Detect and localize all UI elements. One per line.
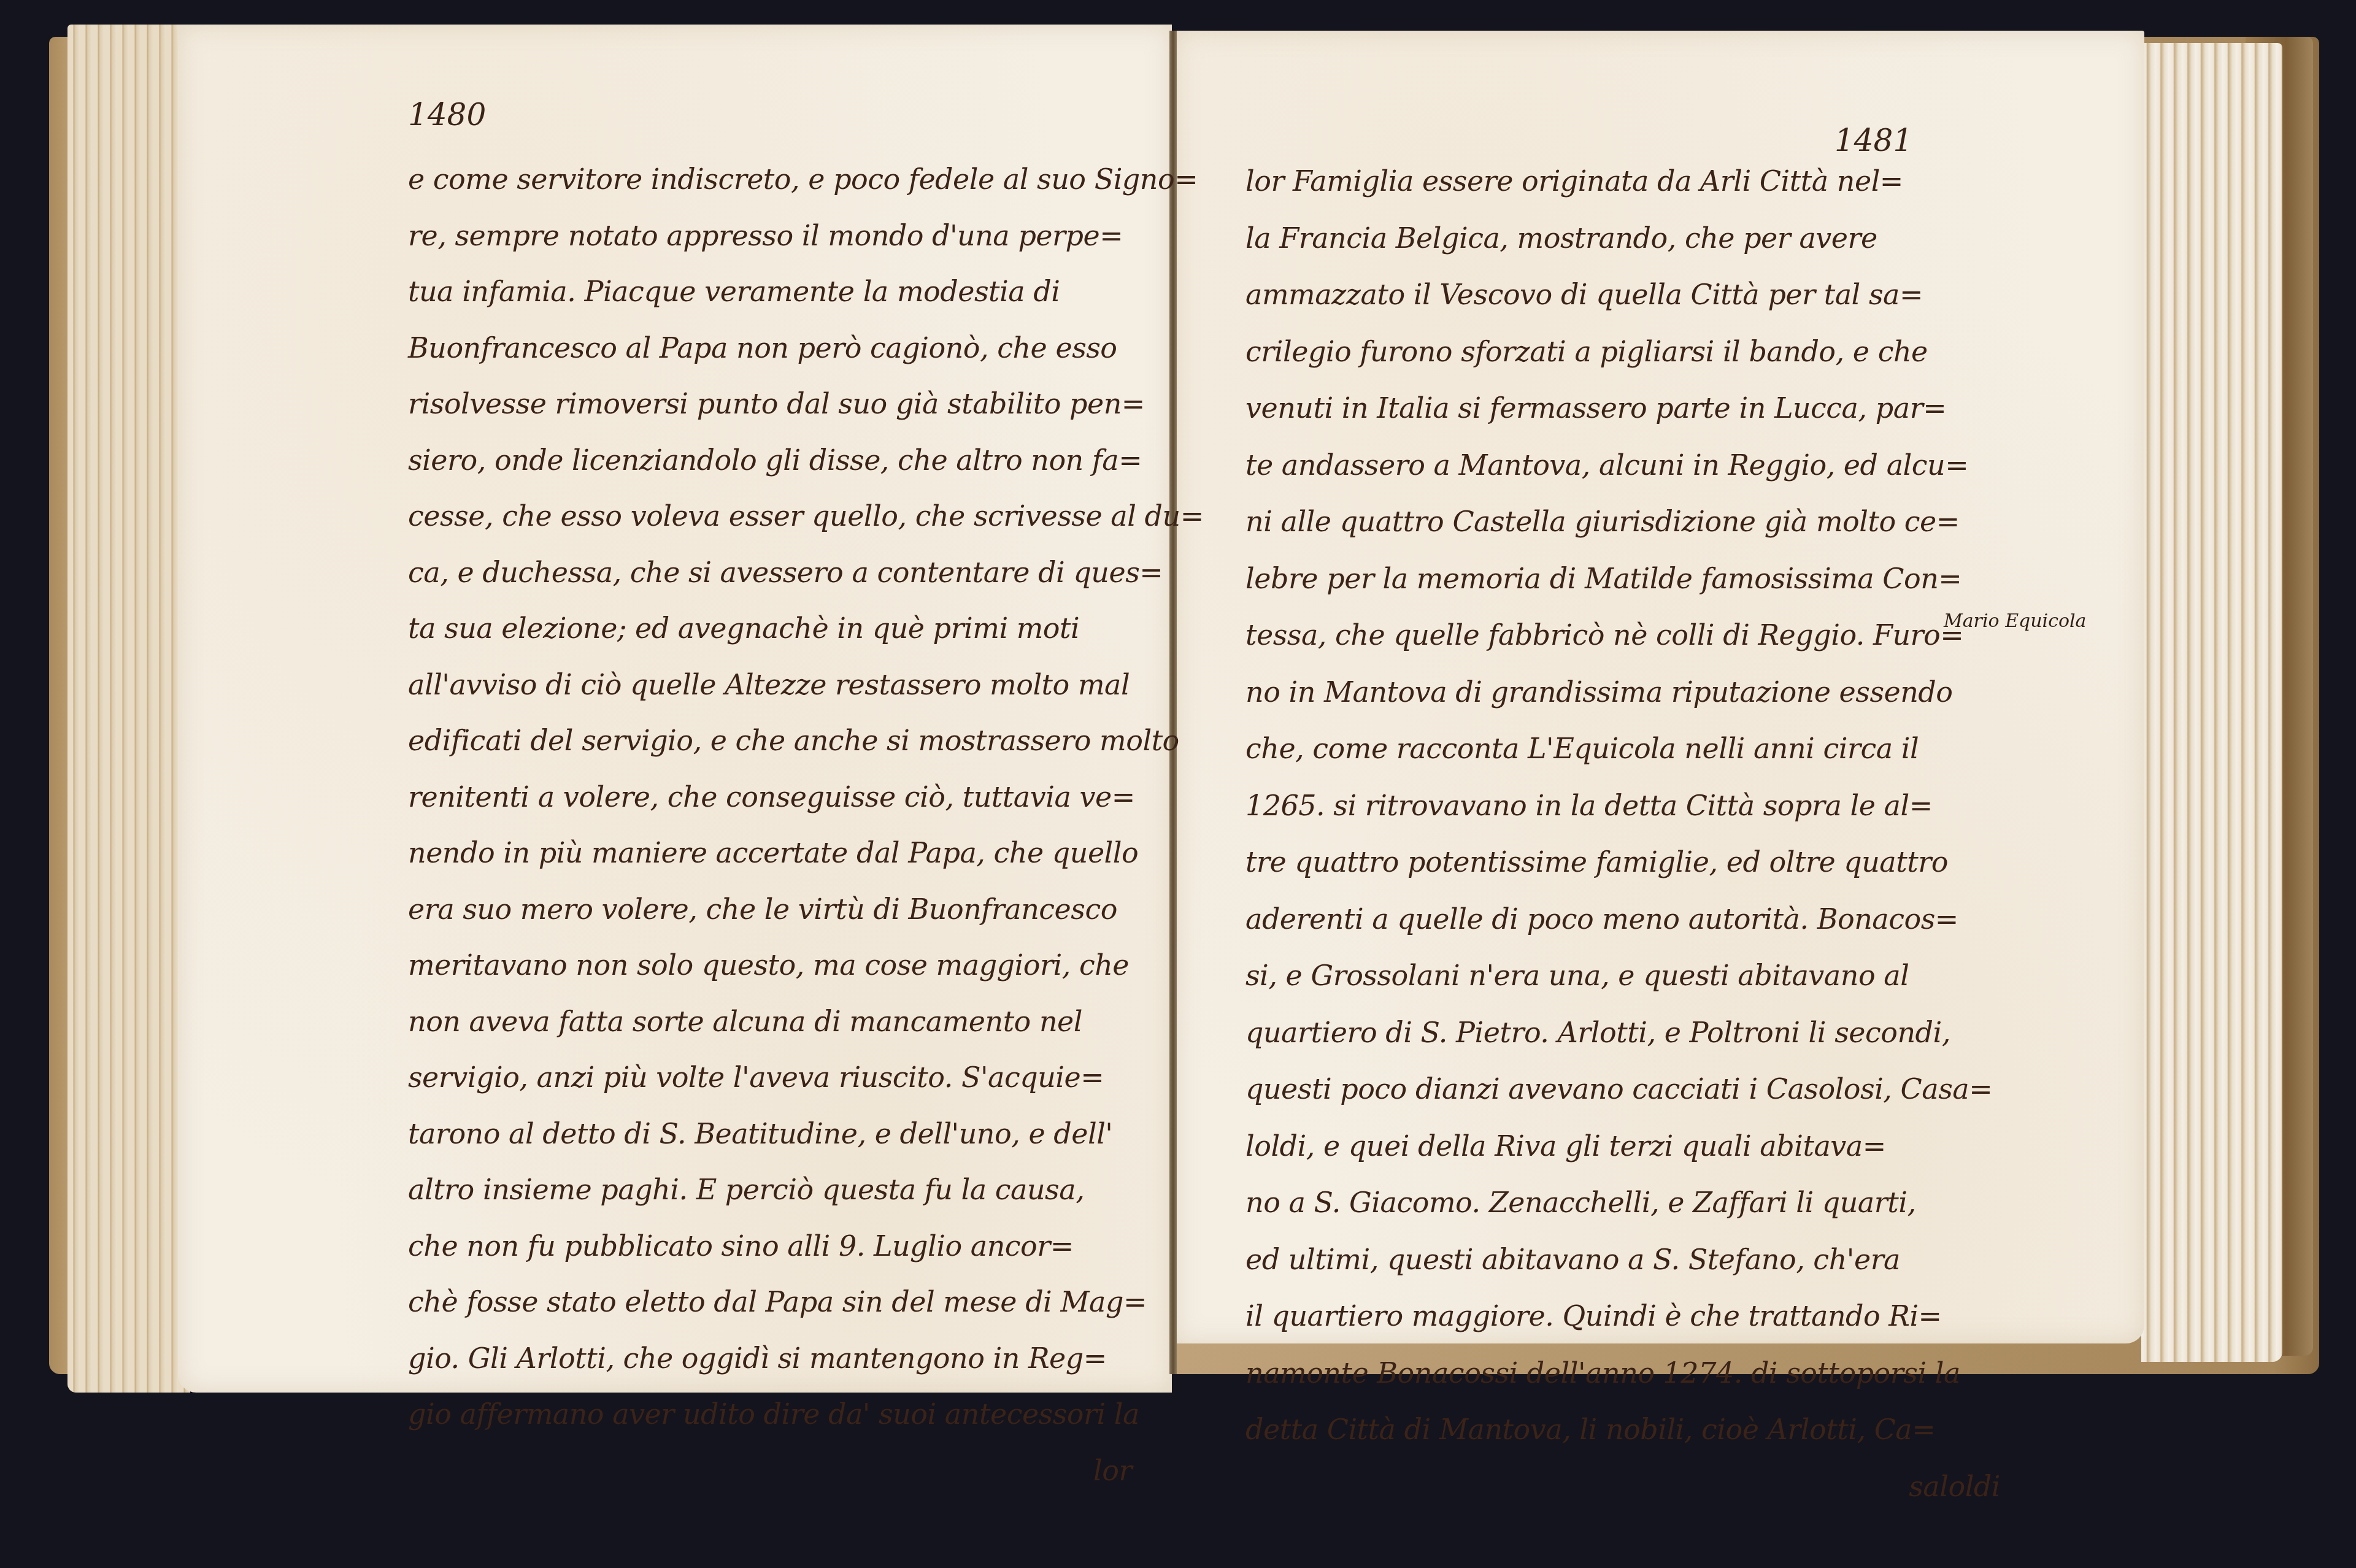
text-line: lor Famiglia essere originata da Arli Ci… [1245, 163, 2000, 220]
text-line: all'avviso di ciò quelle Altezze restass… [408, 666, 1132, 723]
text-line: tarono al detto di S. Beatitudine, e del… [408, 1115, 1132, 1172]
text-line: loldi, e quei della Riva gli terzi quali… [1245, 1128, 2000, 1185]
catchword: lor [408, 1452, 1132, 1508]
margin-note: Mario Equicola [1944, 610, 2087, 632]
text-line: che, come racconta L'Equicola nelli anni… [1245, 730, 2000, 787]
text-line: detta Città di Mantova, li nobili, cioè … [1245, 1411, 2000, 1468]
text-line: altro insieme paghi. E perciò questa fu … [408, 1171, 1132, 1228]
text-line: crilegio furono sforzati a pigliarsi il … [1245, 333, 2000, 390]
text-line: ca, e duchessa, che si avessero a conten… [408, 554, 1132, 610]
text-line: servigio, anzi più volte l'aveva riuscit… [408, 1059, 1132, 1115]
text-line: nendo in più maniere accertate dal Papa,… [408, 834, 1132, 891]
text-line: ta sua elezione; ed avegnachè in què pri… [408, 610, 1132, 666]
text-line: meritavano non solo questo, ma cose magg… [408, 947, 1132, 1003]
text-line: ni alle quattro Castella giurisdizione g… [1245, 503, 2000, 560]
text-line: risolvesse rimoversi punto dal suo già s… [408, 385, 1132, 442]
text-line: gio. Gli Arlotti, che oggidì si mantengo… [408, 1340, 1132, 1396]
text-line: questi poco dianzi avevano cacciati i Ca… [1245, 1070, 2000, 1128]
text-line: venuti in Italia si fermassero parte in … [1245, 390, 2000, 447]
text-line: tessa, che quelle fabbricò nè colli di R… [1245, 617, 2000, 674]
text-line: 1265. si ritrovavano in la detta Città s… [1245, 787, 2000, 844]
text-line: re, sempre notato appresso il mondo d'un… [408, 217, 1132, 274]
left-page-edges [67, 25, 190, 1393]
text-line: namonte Bonacossi dell'anno 1274. di sot… [1245, 1355, 2000, 1412]
right-page-edges [2141, 43, 2282, 1362]
right-page-number: 1481 [1834, 123, 1912, 158]
text-line: no a S. Giacomo. Zenacchelli, e Zaffari … [1245, 1184, 2000, 1241]
text-line: era suo mero volere, che le virtù di Buo… [408, 891, 1132, 947]
text-line: tre quattro potentissime famiglie, ed ol… [1245, 844, 2000, 901]
text-line: ed ultimi, questi abitavano a S. Stefano… [1245, 1241, 2000, 1298]
text-line: la Francia Belgica, mostrando, che per a… [1245, 220, 2000, 277]
text-line: quartiero di S. Pietro. Arlotti, e Poltr… [1245, 1014, 2000, 1071]
text-line: si, e Grossolani n'era una, e questi abi… [1245, 957, 2000, 1014]
text-line: tua infamia. Piacque veramente la modest… [408, 273, 1132, 329]
left-page-number: 1480 [408, 97, 486, 133]
text-line: non aveva fatta sorte alcuna di mancamen… [408, 1003, 1132, 1059]
text-line: siero, onde licenziandolo gli disse, che… [408, 442, 1132, 498]
text-line: edificati del servigio, e che anche si m… [408, 722, 1132, 778]
text-line: Buonfrancesco al Papa non però cagionò, … [408, 329, 1132, 386]
text-line: no in Mantova di grandissima riputazione… [1245, 674, 2000, 731]
catchword: saloldi [1245, 1468, 2000, 1525]
text-line: che non fu pubblicato sino alli 9. Lugli… [408, 1228, 1132, 1284]
text-line: ammazzato il Vescovo di quella Città per… [1245, 276, 2000, 333]
left-page-text: e come servitore indiscreto, e poco fede… [408, 161, 1132, 1508]
text-line: e come servitore indiscreto, e poco fede… [408, 161, 1132, 217]
right-page-text: lor Famiglia essere originata da Arli Ci… [1245, 163, 2000, 1524]
text-line: aderenti a quelle di poco meno autorità.… [1245, 901, 2000, 958]
book-gutter [1169, 31, 1177, 1374]
text-line: renitenti a volere, che conseguisse ciò,… [408, 778, 1132, 835]
text-line: lebre per la memoria di Matilde famosiss… [1245, 560, 2000, 617]
text-line: chè fosse stato eletto dal Papa sin del … [408, 1283, 1132, 1340]
text-line: cesse, che esso voleva esser quello, che… [408, 498, 1132, 554]
text-line: te andassero a Mantova, alcuni in Reggio… [1245, 447, 2000, 504]
text-line: il quartiero maggiore. Quindi è che trat… [1245, 1297, 2000, 1355]
text-line: gio affermano aver udito dire da' suoi a… [408, 1396, 1132, 1452]
